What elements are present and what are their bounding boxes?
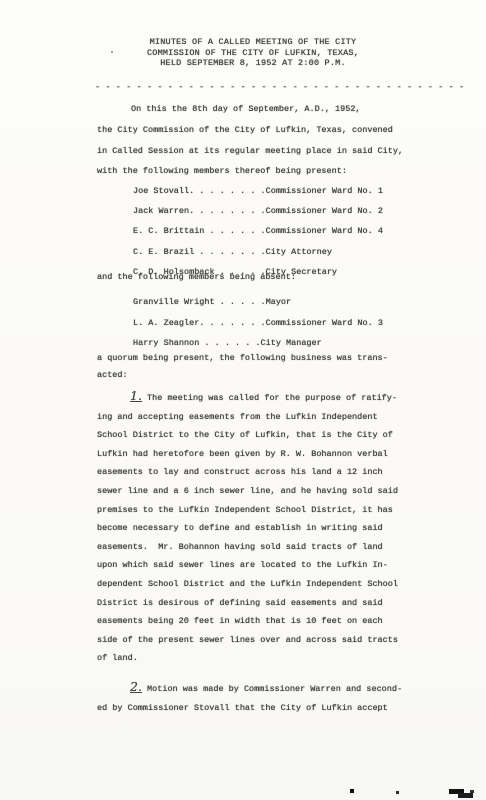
text-line: of land. — [97, 649, 402, 668]
text-line: upon which said sewer lines are located … — [97, 556, 402, 575]
text-line: easements. Mr. Bohannon having sold said… — [97, 538, 402, 557]
text-line: in Called Session at its regular meeting… — [97, 141, 403, 162]
text-line: E. C. Brittain . . . . . .Commissioner W… — [133, 221, 383, 241]
text-line: Jack Warren. . . . . . . .Commissioner W… — [133, 201, 383, 221]
present-members-list: Joe Stovall. . . . . . . .Commissioner W… — [133, 181, 383, 282]
quorum-text: a quorum being present, the following bu… — [97, 350, 388, 383]
numbered-paragraph: 2. Motion was made by Commissioner Warre… — [97, 678, 402, 717]
paragraph-number: 1. — [130, 388, 142, 403]
ink-smudge — [470, 790, 474, 793]
ink-smudge — [458, 793, 473, 798]
text-line: ing and accepting easements from the Luf… — [97, 408, 402, 427]
text-line: the City Commission of the City of Lufki… — [97, 120, 403, 141]
ink-smudge — [350, 789, 354, 793]
text-line: District is desirous of defining said ea… — [97, 594, 402, 613]
ink-smudge — [396, 791, 399, 794]
text-line: easements to lay and construct across hi… — [97, 463, 402, 482]
text-line: MINUTES OF A CALLED MEETING OF THE CITY — [20, 37, 486, 48]
text-line: side of the present sewer lines over and… — [97, 631, 402, 650]
text-line: a quorum being present, the following bu… — [97, 350, 388, 367]
paragraph-number: 2. — [130, 679, 142, 694]
text-line: L. A. Zeagler. . . . . . .Commissioner W… — [133, 313, 383, 334]
text-line: 2. Motion was made by Commissioner Warre… — [97, 678, 402, 699]
text-line: become necessary to define and establish… — [97, 519, 402, 538]
absent-members-list: Granville Wright . . . . .MayorL. A. Zea… — [133, 292, 383, 354]
document-title: MINUTES OF A CALLED MEETING OF THE CITYC… — [20, 37, 486, 69]
separator-dashed-line: - - - - - - - - - - - - - - - - - - - - … — [95, 82, 464, 92]
numbered-paragraph: 1. The meeting was called for the purpos… — [97, 387, 402, 668]
text-line: ed by Commissioner Stovall that the City… — [97, 699, 402, 718]
body-paragraphs: 1. The meeting was called for the purpos… — [97, 387, 402, 717]
text-line: School District to the City of Lufkin, t… — [97, 426, 402, 445]
text-line: dependent School District and the Lufkin… — [97, 575, 402, 594]
text-line: premises to the Lufkin Independent Schoo… — [97, 501, 402, 520]
text-line: Granville Wright . . . . .Mayor — [133, 292, 383, 313]
document-page: MINUTES OF A CALLED MEETING OF THE CITYC… — [0, 0, 486, 800]
text-line: HELD SEPTEMBER 8, 1952 AT 2:00 P.M. — [20, 58, 486, 69]
text-line: COMMISSION OF THE CITY OF LUFKIN, TEXAS, — [20, 48, 486, 59]
text-line: Joe Stovall. . . . . . . .Commissioner W… — [133, 181, 383, 201]
text-line: On this the 8th day of September, A.D., … — [97, 99, 403, 120]
text-line: acted: — [97, 367, 388, 384]
text-line: C. E. Brazil . . . . . . .City Attorney — [133, 242, 383, 262]
scan-speck — [111, 51, 113, 53]
text-line: 1. The meeting was called for the purpos… — [97, 387, 402, 408]
text-line: sewer line and a 6 inch sewer line, and … — [97, 482, 402, 501]
text-line: with the following members thereof being… — [97, 161, 403, 182]
text-line: Lufkin had heretofore been given by R. W… — [97, 445, 402, 464]
intro-paragraph: On this the 8th day of September, A.D., … — [97, 99, 403, 182]
absent-heading: and the following members being absent: — [97, 272, 296, 282]
text-line: easements being 20 feet in width that is… — [97, 612, 402, 631]
